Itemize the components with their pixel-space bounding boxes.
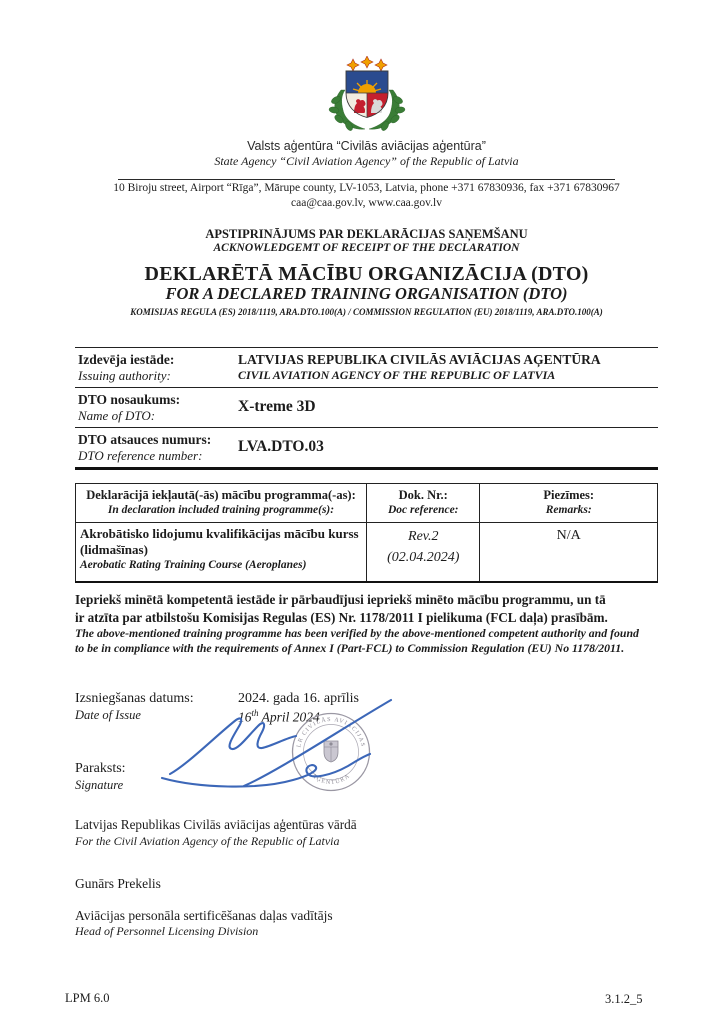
doc-ref-date: (02.04.2024): [371, 549, 475, 568]
footer-page-ref: 3.1.2_5: [605, 992, 643, 1007]
issuing-authority-label-en: Issuing authority:: [78, 368, 232, 384]
ack-title-en: ACKNOWLEDGEMT OF RECEIPT OF THE DECLARAT…: [75, 242, 658, 256]
agency-name-en: State Agency “Civil Aviation Agency” of …: [75, 154, 658, 169]
on-behalf-block: Latvijas Republikas Civilās aviācijas aģ…: [75, 817, 658, 849]
signer-title-block: Aviācijas personāla sertificēšanas daļas…: [75, 908, 658, 940]
three-stars: [347, 56, 387, 71]
doc-ref-revision: Rev.2: [371, 528, 475, 547]
remarks-header-lv: Piezīmes:: [482, 488, 655, 504]
programme-table-header-row: Deklarācijā iekļautā(-ās) mācību program…: [76, 483, 658, 522]
remarks-cell: N/A: [480, 522, 658, 582]
programme-header-cell: Deklarācijā iekļautā(-ās) mācību program…: [76, 483, 367, 522]
issuing-authority-label-lv: Izdevēja iestāde:: [78, 352, 232, 368]
dto-name-label: DTO nosaukums: Name of DTO:: [75, 387, 235, 427]
issuing-authority-value-en: CIVIL AVIATION AGENCY OF THE REPUBLIC OF…: [238, 368, 655, 382]
agency-name-lv: Valsts aģentūra “Civilās aviācijas aģent…: [75, 139, 658, 153]
dto-name-row: DTO nosaukums: Name of DTO: X-treme 3D: [75, 387, 658, 427]
document-page: Valsts aģentūra “Civilās aviācijas aģent…: [0, 0, 724, 1023]
address-line-1: 10 Biroju street, Airport “Rīga”, Mārupe…: [75, 182, 658, 195]
doc-ref-cell: Rev.2 (02.04.2024): [367, 522, 480, 582]
dto-name-value-text: X-treme 3D: [238, 398, 655, 416]
programme-header-lv: Deklarācijā iekļautā(-ās) mācību program…: [78, 488, 364, 504]
programme-name-en: Aerobatic Rating Training Course (Aeropl…: [80, 558, 362, 573]
programme-table: Deklarācijā iekļautā(-ās) mācību program…: [75, 483, 658, 583]
issuing-authority-row: Izdevēja iestāde: Issuing authority: LAT…: [75, 347, 658, 387]
ack-title-lv: APSTIPRINĀJUMS PAR DEKLARĀCIJAS SAŅEMŠAN…: [75, 227, 658, 242]
dto-reference-row: DTO atsauces numurs: DTO reference numbe…: [75, 427, 658, 468]
compliance-statement: Iepriekš minētā kompetentā iestāde ir pā…: [75, 591, 658, 657]
statement-en-line1: The above-mentioned training programme h…: [75, 626, 658, 641]
statement-en-line2: to be in compliance with the requirement…: [75, 641, 658, 656]
remarks-header-en: Remarks:: [482, 504, 655, 518]
on-behalf-lv: Latvijas Republikas Civilās aviācijas aģ…: [75, 817, 658, 834]
latvia-coat-of-arms-logo: [321, 56, 413, 136]
signer-title-lv: Aviācijas personāla sertificēšanas daļas…: [75, 908, 658, 925]
handwritten-signature: [148, 686, 408, 809]
statement-lv-line1: Iepriekš minētā kompetentā iestāde ir pā…: [75, 591, 658, 609]
programme-name-lv-line1: Akrobātisko lidojumu kvalifikācijas mācī…: [80, 526, 362, 542]
footer-doc-code: LPM 6.0: [65, 991, 109, 1006]
main-title-en: FOR A DECLARED TRAINING ORGANISATION (DT…: [75, 285, 658, 304]
dto-reference-value: LVA.DTO.03: [235, 427, 658, 468]
acknowledgement-heading: APSTIPRINĀJUMS PAR DEKLARĀCIJAS SAŅEMŠAN…: [75, 227, 658, 255]
remarks-value: N/A: [484, 528, 653, 544]
signer-title-en: Head of Personnel Licensing Division: [75, 924, 658, 939]
on-behalf-en: For the Civil Aviation Agency of the Rep…: [75, 834, 658, 849]
programme-header-en: In declaration included training program…: [78, 504, 364, 518]
remarks-header-cell: Piezīmes: Remarks:: [480, 483, 658, 522]
dto-name-label-en: Name of DTO:: [78, 408, 232, 424]
doc-ref-header-cell: Dok. Nr.: Doc reference:: [367, 483, 480, 522]
issuing-authority-label: Izdevēja iestāde: Issuing authority:: [75, 347, 235, 387]
dto-name-label-lv: DTO nosaukums:: [78, 392, 232, 408]
programme-name-lv-line2: (lidmašīnas): [80, 542, 362, 558]
dto-reference-label: DTO atsauces numurs: DTO reference numbe…: [75, 427, 235, 468]
address-line-2: caa@caa.gov.lv, www.caa.gov.lv: [75, 197, 658, 210]
regulation-reference: KOMISIJAS REGULA (ES) 2018/1119, ARA.DTO…: [75, 307, 658, 317]
dto-reference-value-text: LVA.DTO.03: [238, 438, 655, 456]
issuer-info-table: Izdevēja iestāde: Issuing authority: LAT…: [75, 347, 658, 470]
programme-table-data-row: Akrobātisko lidojumu kvalifikācijas mācī…: [76, 522, 658, 582]
dto-reference-label-lv: DTO atsauces numurs:: [78, 432, 232, 448]
doc-ref-header-lv: Dok. Nr.:: [369, 488, 477, 504]
programme-cell: Akrobātisko lidojumu kvalifikācijas mācī…: [76, 522, 367, 582]
dto-name-value: X-treme 3D: [235, 387, 658, 427]
header-divider: [118, 179, 615, 180]
issuing-authority-value-lv: LATVIJAS REPUBLIKA CIVILĀS AVIĀCIJAS AĢE…: [238, 352, 655, 368]
doc-ref-header-en: Doc reference:: [369, 504, 477, 518]
main-title-lv: DEKLARĒTĀ MĀCĪBU ORGANIZĀCIJA (DTO): [75, 263, 658, 286]
issuing-authority-value: LATVIJAS REPUBLIKA CIVILĀS AVIĀCIJAS AĢE…: [235, 347, 658, 387]
statement-lv-line2: ir atzīta par atbilstošu Komisijas Regul…: [75, 609, 658, 627]
main-title: DEKLARĒTĀ MĀCĪBU ORGANIZĀCIJA (DTO) FOR …: [75, 263, 658, 304]
dto-reference-label-en: DTO reference number:: [78, 448, 232, 464]
signer-name: Gunārs Prekelis: [75, 876, 658, 892]
